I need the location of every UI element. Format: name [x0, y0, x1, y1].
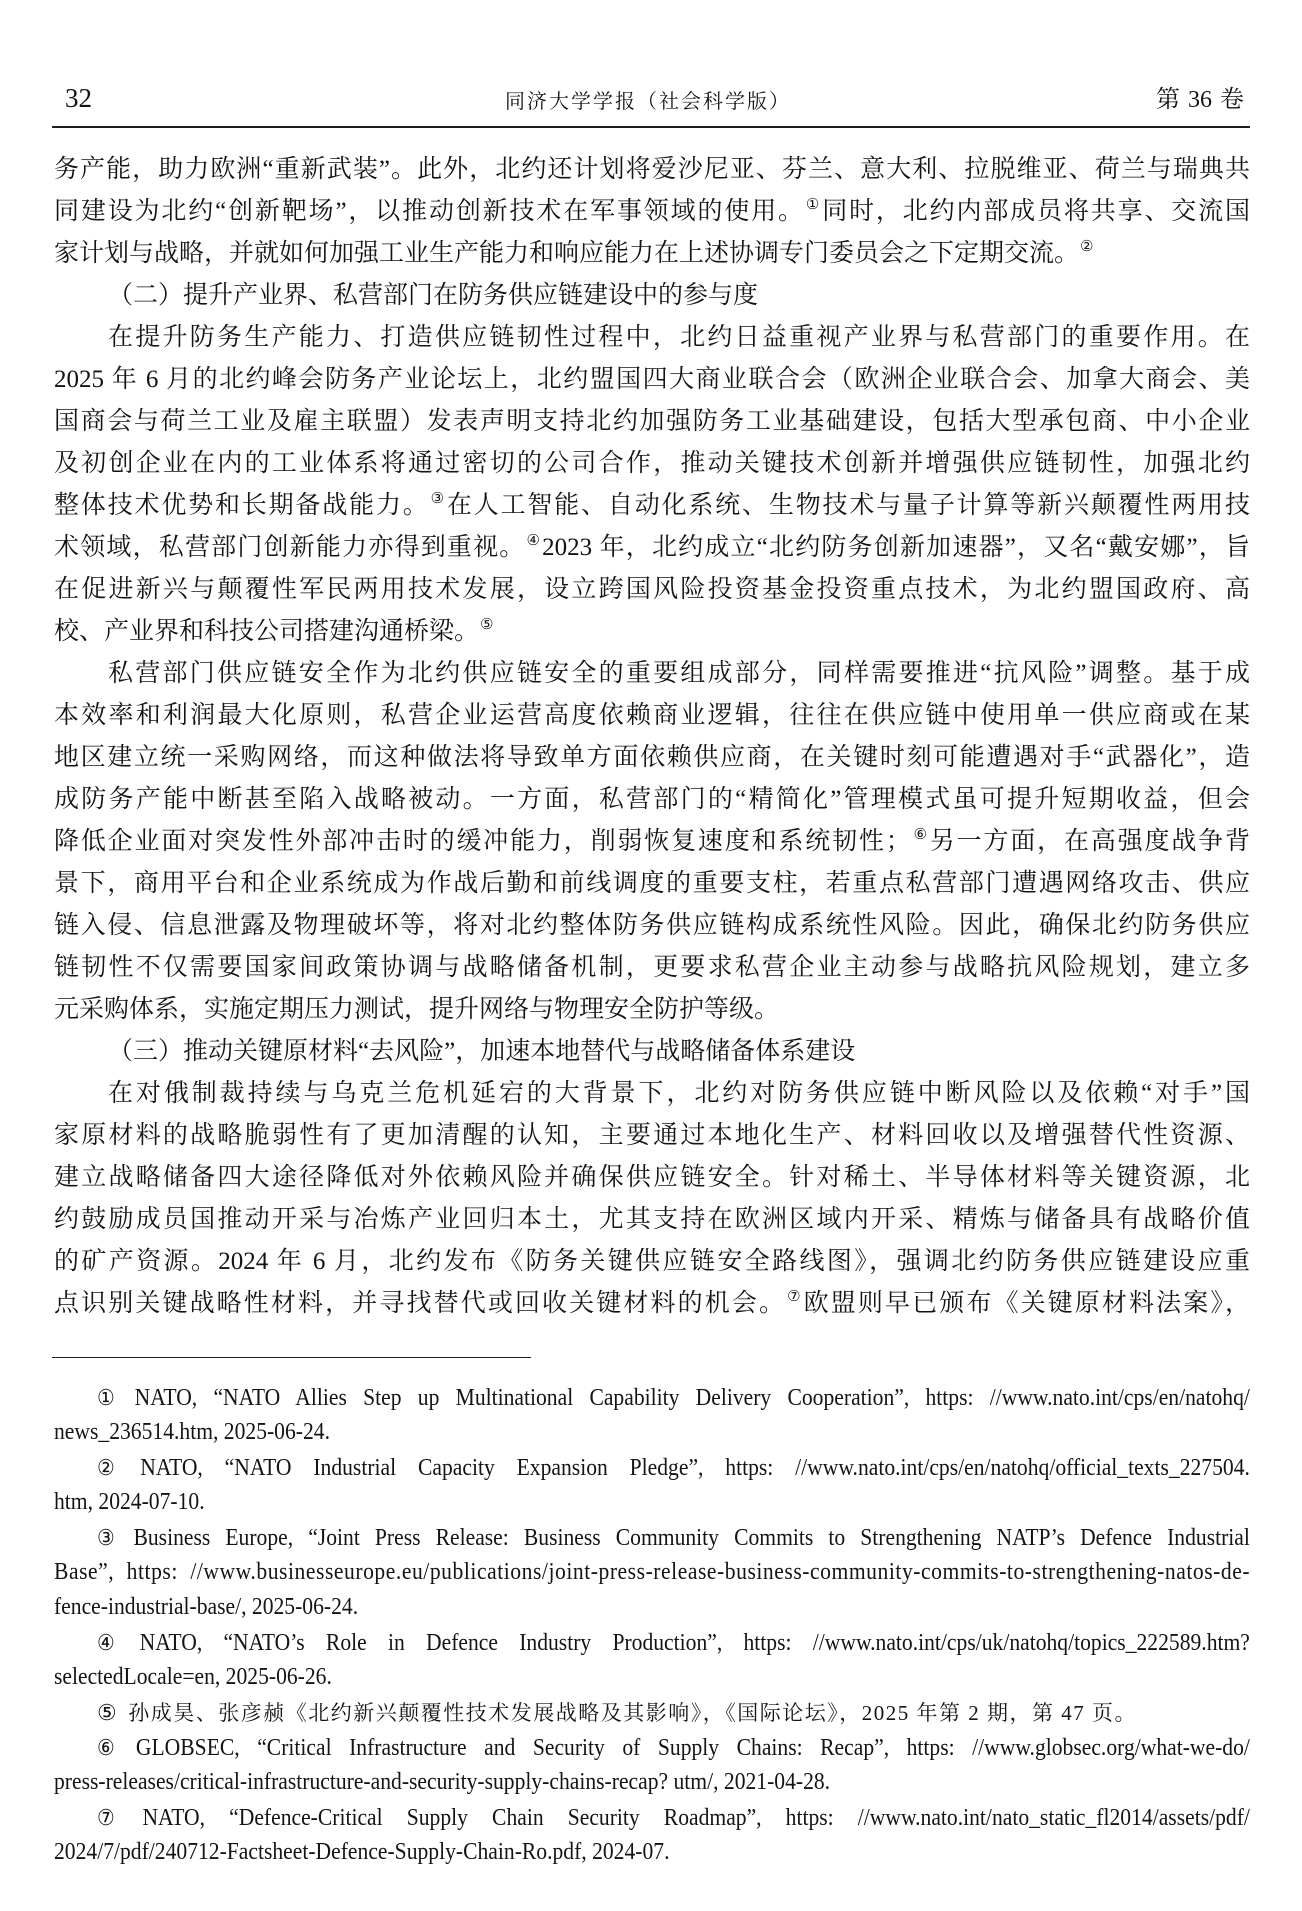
footnote-text: NATO, “NATO’s Role in Defence Industry P… [140, 1630, 1250, 1656]
line-text: 家计划与战略，并就如何加强工业生产能力和响应能力在上述协调专门委员会之下定期交流… [54, 240, 1079, 267]
footnote-line: fence-industrial-base/, 2025-06-24. [54, 1590, 1250, 1625]
footnote: ②NATO, “NATO Industrial Capacity Expansi… [54, 1450, 1250, 1520]
footnote-text: news_236514.htm, 2025-06-24. [54, 1419, 330, 1445]
footnote-line: ①NATO, “NATO Allies Step up Multinationa… [54, 1380, 1250, 1415]
footnote-ref: ① [806, 197, 821, 213]
footnote-line: selectedLocale=en, 2025-06-26. [54, 1660, 1250, 1695]
line-text: 另一方面，在高强度战争背 [930, 828, 1250, 855]
footnote-ref: ⑤ [480, 617, 493, 633]
paragraph: 在提升防务生产能力、打造供应链韧性过程中，北约日益重视产业界与私营部门的重要作用… [54, 317, 1250, 653]
footnote-text: NATO, “NATO Industrial Capacity Expansio… [140, 1455, 1250, 1481]
body-line: 及初创企业在内的工业体系将通过密切的公司合作，推动关键技术创新并增强供应链韧性，… [54, 443, 1250, 485]
body-line: 校、产业界和科技公司搭建沟通桥梁。⑤ [54, 611, 1250, 653]
body-line: 在提升防务生产能力、打造供应链韧性过程中，北约日益重视产业界与私营部门的重要作用… [54, 317, 1250, 359]
section-heading: （二）提升产业界、私营部门在防务供应链建设中的参与度 [54, 275, 1250, 317]
body-line: 本效率和利润最大化原则，私营企业运营高度依赖商业逻辑，往往在供应链中使用单一供应… [54, 695, 1250, 737]
body-line: 私营部门供应链安全作为北约供应链安全的重要组成部分，同样需要推进“抗风险”调整。… [54, 653, 1250, 695]
line-text: 校、产业界和科技公司搭建沟通桥梁。 [54, 618, 479, 645]
line-text: 同时，北约内部成员将共享、交流国 [822, 198, 1250, 225]
footnote-text: selectedLocale=en, 2025-06-26. [54, 1664, 332, 1690]
footnote-text: Business Europe, “Joint Press Release: B… [133, 1525, 1249, 1551]
paragraph: 务产能，助力欧洲“重新武装”。此外，北约还计划将爱沙尼亚、芬兰、意大利、拉脱维亚… [54, 149, 1250, 275]
footnote-line: htm, 2024-07-10. [54, 1485, 1250, 1520]
body-line: 整体技术优势和长期备战能力。③在人工智能、自动化系统、生物技术与量子计算等新兴颠… [54, 485, 1250, 527]
footnote-text: Base”, https: //www.businesseurope.eu/pu… [54, 1559, 1250, 1585]
footnote-line: press-releases/critical-infrastructure-a… [54, 1765, 1250, 1800]
body-line: 景下，商用平台和企业系统成为作战后勤和前线调度的重要支柱，若重点私营部门遭遇网络… [54, 863, 1250, 905]
footnote-line: 2024/7/pdf/240712-Factsheet-Defence-Supp… [54, 1835, 1250, 1870]
footnote-text: fence-industrial-base/, 2025-06-24. [54, 1594, 358, 1620]
footnote-marker: ① [97, 1385, 126, 1410]
footnote-text: NATO, “NATO Allies Step up Multinational… [135, 1385, 1250, 1411]
footnote-line: ③Business Europe, “Joint Press Release: … [54, 1520, 1250, 1555]
line-text: 欧盟则早已颁布《关键原材料法案》， [804, 1290, 1250, 1317]
body-line: 链韧性不仅需要国家间政策协调与战略储备机制，更要求私营企业主动参与战略抗风险规划… [54, 947, 1250, 989]
body-line: 地区建立统一采购网络，而这种做法将导致单方面依赖供应商，在关键时刻可能遭遇对手“… [54, 737, 1250, 779]
footnote-ref: ② [1080, 239, 1093, 255]
footnote-marker: ⑦ [97, 1805, 133, 1830]
footnote-text: htm, 2024-07-10. [54, 1489, 205, 1515]
footnote-marker: ⑤ [97, 1700, 118, 1725]
body-line: 家计划与战略，并就如何加强工业生产能力和响应能力在上述协调专门委员会之下定期交流… [54, 233, 1250, 275]
footnote-line: ⑤孙成昊、张彦赪《北约新兴颠覆性技术发展战略及其影响》，《国际论坛》，2025 … [54, 1695, 1250, 1730]
journal-title: 同济大学学报（社会科学版） [0, 84, 1296, 120]
footnote: ⑦NATO, “Defence-Critical Supply Chain Se… [54, 1800, 1250, 1870]
body-line: 2025 年 6 月的北约峰会防务产业论坛上，北约盟国四大商业联合会（欧洲企业联… [54, 359, 1250, 401]
footnote-ref: ④ [526, 533, 541, 549]
body-line: 术领域，私营部门创新能力亦得到重视。④2023 年，北约成立“北约防务创新加速器… [54, 527, 1250, 569]
line-text: 2023 年，北约成立“北约防务创新加速器”，又名“戴安娜”，旨 [542, 534, 1250, 561]
footnote: ⑥GLOBSEC, “Critical Infrastructure and S… [54, 1730, 1250, 1800]
footnote-text: GLOBSEC, “Critical Infrastructure and Se… [136, 1735, 1250, 1761]
line-text: 点识别关键战略性材料，并寻找替代或回收关键材料的机会。 [54, 1290, 786, 1317]
body-line: 的矿产资源。2024 年 6 月，北约发布《防务关键供应链安全路线图》，强调北约… [54, 1241, 1250, 1283]
article-body: 务产能，助力欧洲“重新武装”。此外，北约还计划将爱沙尼亚、芬兰、意大利、拉脱维亚… [54, 149, 1250, 1325]
footnote-text: 2024/7/pdf/240712-Factsheet-Defence-Supp… [54, 1839, 669, 1865]
body-line: 建立战略储备四大途径降低对外依赖风险并确保供应链安全。针对稀土、半导体材料等关键… [54, 1157, 1250, 1199]
section-heading-text: （三）推动关键原材料“去风险”，加速本地替代与战略储备体系建设 [54, 1031, 1250, 1073]
footnote-ref: ⑦ [787, 1289, 803, 1305]
body-line: 国商会与荷兰工业及雇主联盟）发表声明支持北约加强防务工业基础建设，包括大型承包商… [54, 401, 1250, 443]
footnote-marker: ④ [97, 1630, 131, 1655]
footnote-line: news_236514.htm, 2025-06-24. [54, 1415, 1250, 1450]
paragraph: 在对俄制裁持续与乌克兰危机延宕的大背景下，北约对防务供应链中断风险以及依赖“对手… [54, 1073, 1250, 1325]
body-line: 在促进新兴与颠覆性军民两用技术发展，设立跨国风险投资基金投资重点技术，为北约盟国… [54, 569, 1250, 611]
line-text: 降低企业面对突发性外部冲击时的缓冲能力，削弱恢复速度和系统韧性； [54, 828, 911, 855]
footnote-ref: ③ [431, 491, 446, 507]
line-text: 整体技术优势和长期备战能力。 [54, 492, 430, 519]
footnote-line: ⑦NATO, “Defence-Critical Supply Chain Se… [54, 1800, 1250, 1835]
body-line: 链入侵、信息泄露及物理破坏等，将对北约整体防务供应链构成系统性风险。因此，确保北… [54, 905, 1250, 947]
section-heading: （三）推动关键原材料“去风险”，加速本地替代与战略储备体系建设 [54, 1031, 1250, 1073]
body-line: 降低企业面对突发性外部冲击时的缓冲能力，削弱恢复速度和系统韧性；⑥另一方面，在高… [54, 821, 1250, 863]
body-line: 在对俄制裁持续与乌克兰危机延宕的大背景下，北约对防务供应链中断风险以及依赖“对手… [54, 1073, 1250, 1115]
footnote-line: ④NATO, “NATO’s Role in Defence Industry … [54, 1625, 1250, 1660]
footnote-line: ⑥GLOBSEC, “Critical Infrastructure and S… [54, 1730, 1250, 1765]
footnote-marker: ⑥ [97, 1735, 127, 1760]
line-text: 同建设为北约“创新靶场”，以推动创新技术在军事领域的使用。 [54, 198, 805, 225]
section-heading-text: （二）提升产业界、私营部门在防务供应链建设中的参与度 [54, 275, 1250, 317]
footnote-rule [52, 1357, 531, 1358]
line-text: 在人工智能、自动化系统、生物技术与量子计算等新兴颠覆性两用技 [447, 492, 1250, 519]
footnote-line: Base”, https: //www.businesseurope.eu/pu… [54, 1555, 1250, 1590]
footnote: ④NATO, “NATO’s Role in Defence Industry … [54, 1625, 1250, 1695]
journal-page: 32 同济大学学报（社会科学版） 第 36 卷 务产能，助力欧洲“重新武装”。此… [0, 0, 1302, 1911]
footnote: ⑤孙成昊、张彦赪《北约新兴颠覆性技术发展战略及其影响》，《国际论坛》，2025 … [54, 1695, 1250, 1730]
footnotes: ①NATO, “NATO Allies Step up Multinationa… [54, 1380, 1250, 1870]
footnote-ref: ⑥ [912, 827, 929, 843]
footnote: ①NATO, “NATO Allies Step up Multinationa… [54, 1380, 1250, 1450]
body-line: 家原材料的战略脆弱性有了更加清醒的认知，主要通过本地化生产、材料回收以及增强替代… [54, 1115, 1250, 1157]
paragraph: 私营部门供应链安全作为北约供应链安全的重要组成部分，同样需要推进“抗风险”调整。… [54, 653, 1250, 1031]
body-line: 务产能，助力欧洲“重新武装”。此外，北约还计划将爱沙尼亚、芬兰、意大利、拉脱维亚… [54, 149, 1250, 191]
footnote-line: ②NATO, “NATO Industrial Capacity Expansi… [54, 1450, 1250, 1485]
body-line: 约鼓励成员国推动开采与冶炼产业回归本土，尤其支持在欧洲区域内开采、精炼与储备具有… [54, 1199, 1250, 1241]
footnote-text: 孙成昊、张彦赪《北约新兴颠覆性技术发展战略及其影响》，《国际论坛》，2025 年… [128, 1701, 1137, 1725]
footnote-text: NATO, “Defence-Critical Supply Chain Sec… [142, 1805, 1249, 1831]
footnote-marker: ② [97, 1455, 131, 1480]
volume-label: 第 36 卷 [1156, 82, 1244, 118]
body-line: 元采购体系，实施定期压力测试，提升网络与物理安全防护等级。 [54, 989, 1250, 1031]
body-line: 点识别关键战略性材料，并寻找替代或回收关键材料的机会。⑦欧盟则早已颁布《关键原材… [54, 1283, 1250, 1325]
footnote: ③Business Europe, “Joint Press Release: … [54, 1520, 1250, 1625]
footnote-text: press-releases/critical-infrastructure-a… [54, 1769, 830, 1795]
footnote-marker: ③ [97, 1525, 124, 1550]
body-line: 成防务产能中断甚至陷入战略被动。一方面，私营部门的“精简化”管理模式虽可提升短期… [54, 779, 1250, 821]
header-rule [52, 126, 1250, 128]
body-line: 同建设为北约“创新靶场”，以推动创新技术在军事领域的使用。①同时，北约内部成员将… [54, 191, 1250, 233]
line-text: 术领域，私营部门创新能力亦得到重视。 [54, 534, 525, 561]
